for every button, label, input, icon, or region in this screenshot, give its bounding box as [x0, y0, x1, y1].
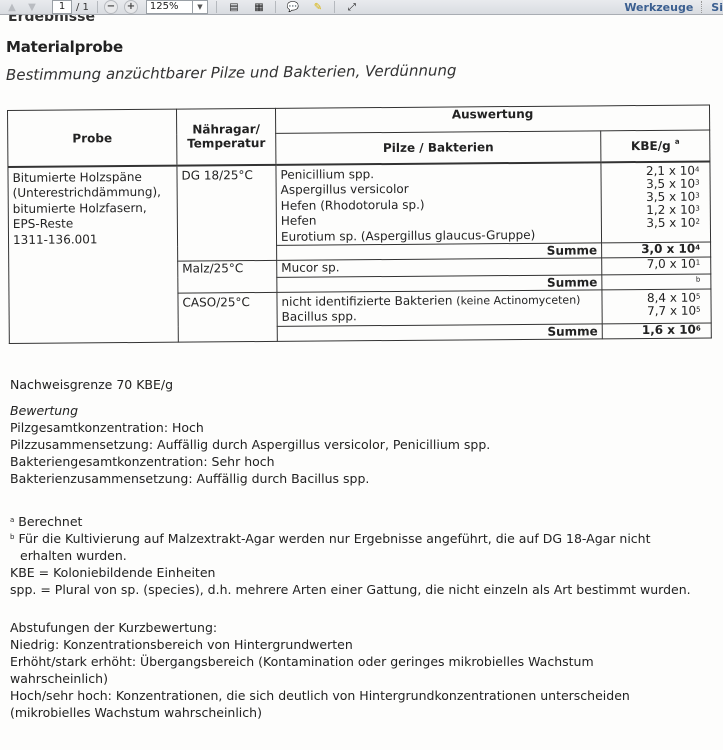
grading-line: Hoch/sehr hoch: Konzentrationen, die sic… — [10, 687, 630, 704]
cut-heading: Ergebnisse — [8, 15, 95, 21]
sign-button[interactable]: Si — [711, 1, 723, 14]
toolbar-right: Werkzeuge Si — [624, 0, 723, 14]
fullscreen-icon[interactable]: ⤢ — [344, 1, 360, 14]
comment-icon[interactable]: 💬 — [285, 1, 301, 14]
header-agar: Nähragar/ Temperatur — [176, 108, 275, 165]
pdf-toolbar: ▲ ▼ 1 / 1 − + 125%▼ ▤ ▦ 💬 ✎ ⤢ Werkzeuge … — [0, 0, 723, 15]
kbe-cell: 8,4 x 105 7,7 x 105 — [602, 288, 711, 323]
toolbar-divider — [334, 1, 335, 13]
grading-line: wahrscheinlich) — [10, 670, 630, 687]
organism-note: (keine Actinomyceten) — [456, 293, 580, 307]
footnote-spp: spp. = Plural von sp. (species), d.h. me… — [10, 581, 691, 598]
agar-cell: DG 18/25°C — [177, 164, 277, 261]
assessment-line: Bakteriengesamtkonzentration: Sehr hoch — [10, 453, 490, 470]
kbe-value: 7,0 x 101 — [602, 257, 711, 274]
assessment-line: Bakterienzusammensetzung: Auffällig durc… — [10, 470, 490, 487]
footnote-b-cont: erhalten wurden. — [10, 547, 691, 564]
probe-line: bitumierte Holzfasern, — [13, 200, 173, 217]
table-row: Bitumierte Holzspäne (Unterestrichdämmun… — [8, 161, 711, 248]
zoom-select[interactable]: 125%▼ — [146, 0, 208, 14]
probe-line: Bitumierte Holzspäne — [12, 169, 172, 186]
grading-line: Erhöht/stark erhöht: Übergangsbereich (K… — [10, 653, 630, 670]
grading-title: Abstufungen der Kurzbewertung: — [10, 619, 630, 636]
toolbar-divider — [275, 1, 276, 13]
header-kbe-label: KBE/g — [631, 139, 671, 153]
assessment-block: Bewertung Pilzgesamtkonzentration: Hoch … — [10, 402, 490, 487]
highlight-icon[interactable]: ✎ — [310, 1, 326, 14]
footnote-kbe: KBE = Koloniebildende Einheiten — [10, 564, 691, 581]
organism: nicht identifizierte Bakterien — [281, 293, 452, 308]
section-title: Materialprobe — [6, 38, 123, 56]
toolbar-divider — [97, 1, 98, 13]
detection-limit: Nachweisgrenze 70 KBE/g — [10, 376, 173, 393]
assessment-line: Pilzzusammensetzung: Auffällig durch Asp… — [10, 436, 490, 453]
organism-cell: nicht identifizierte Bakterien (keine Ac… — [277, 289, 602, 326]
probe-line: 1311-136.001 — [13, 231, 173, 248]
zoom-in-icon[interactable]: + — [124, 0, 138, 14]
probe-cell: Bitumierte Holzspäne (Unterestrichdämmun… — [8, 165, 178, 343]
header-kbe: KBE/g a — [601, 130, 710, 162]
subtitle: Bestimmung anzüchtbarer Pilze und Bakter… — [6, 61, 457, 84]
assessment-title: Bewertung — [10, 402, 490, 419]
sum-value: b — [602, 273, 711, 289]
zoom-out-icon[interactable]: − — [104, 0, 118, 14]
sum-value: 1,6 x 106 — [602, 322, 711, 338]
agar-cell: Malz/25°C — [178, 260, 277, 292]
toolbar-divider — [216, 1, 217, 13]
kbe-value: 7,7 x 105 — [607, 304, 701, 318]
grading-block: Abstufungen der Kurzbewertung: Niedrig: … — [10, 619, 630, 721]
organism: Eurotium sp. (Aspergillus glaucus-Gruppe… — [281, 227, 597, 245]
kbe-cell: 2,1 x 104 3,5 x 103 3,5 x 103 1,2 x 103 … — [601, 161, 711, 243]
footnote-b: b Für die Kultivierung auf Malzextrakt-A… — [10, 530, 691, 547]
fit-page-icon[interactable]: ▤ — [226, 1, 242, 14]
header-organisms: Pilze / Bakterien — [276, 131, 601, 165]
organism-cell: Penicillium spp. Aspergillus versicolor … — [276, 162, 602, 246]
page-number-input[interactable]: 1 — [52, 0, 72, 14]
results-table: Probe Nähragar/ Temperatur Auswertung Pi… — [7, 104, 712, 343]
agar-cell: CASO/25°C — [178, 292, 277, 342]
grading-line: (mikrobielles Wachstum wahrscheinlich) — [10, 704, 630, 721]
kbe-value: 3,5 x 102 — [606, 216, 700, 230]
sum-value: 3,0 x 104 — [602, 242, 711, 258]
header-auswertung: Auswertung — [275, 105, 709, 133]
page-total: / 1 — [76, 2, 89, 13]
footnote-a: a Berechnet — [10, 513, 691, 530]
header-kbe-footnote: a — [675, 137, 680, 145]
fit-width-icon[interactable]: ▦ — [251, 1, 267, 14]
assessment-line: Pilzgesamtkonzentration: Hoch — [10, 419, 490, 436]
arrow-up-icon[interactable]: ▲ — [4, 0, 20, 14]
probe-line: EPS-Reste — [13, 216, 173, 233]
chevron-down-icon[interactable]: ▼ — [192, 1, 207, 13]
tools-button[interactable]: Werkzeuge — [624, 1, 693, 14]
footnotes: a Berechnet b Für die Kultivierung auf M… — [10, 513, 691, 598]
header-probe: Probe — [8, 109, 177, 166]
grading-line: Niedrig: Konzentrationsbereich von Hinte… — [10, 636, 630, 653]
sum-label: Summe — [277, 323, 602, 341]
toolbar-divider — [701, 1, 703, 13]
organism: Bacillus spp. — [282, 307, 598, 325]
zoom-value: 125% — [147, 1, 192, 13]
probe-line: (Unterestrichdämmung), — [13, 185, 173, 202]
arrow-down-icon[interactable]: ▼ — [24, 0, 40, 14]
